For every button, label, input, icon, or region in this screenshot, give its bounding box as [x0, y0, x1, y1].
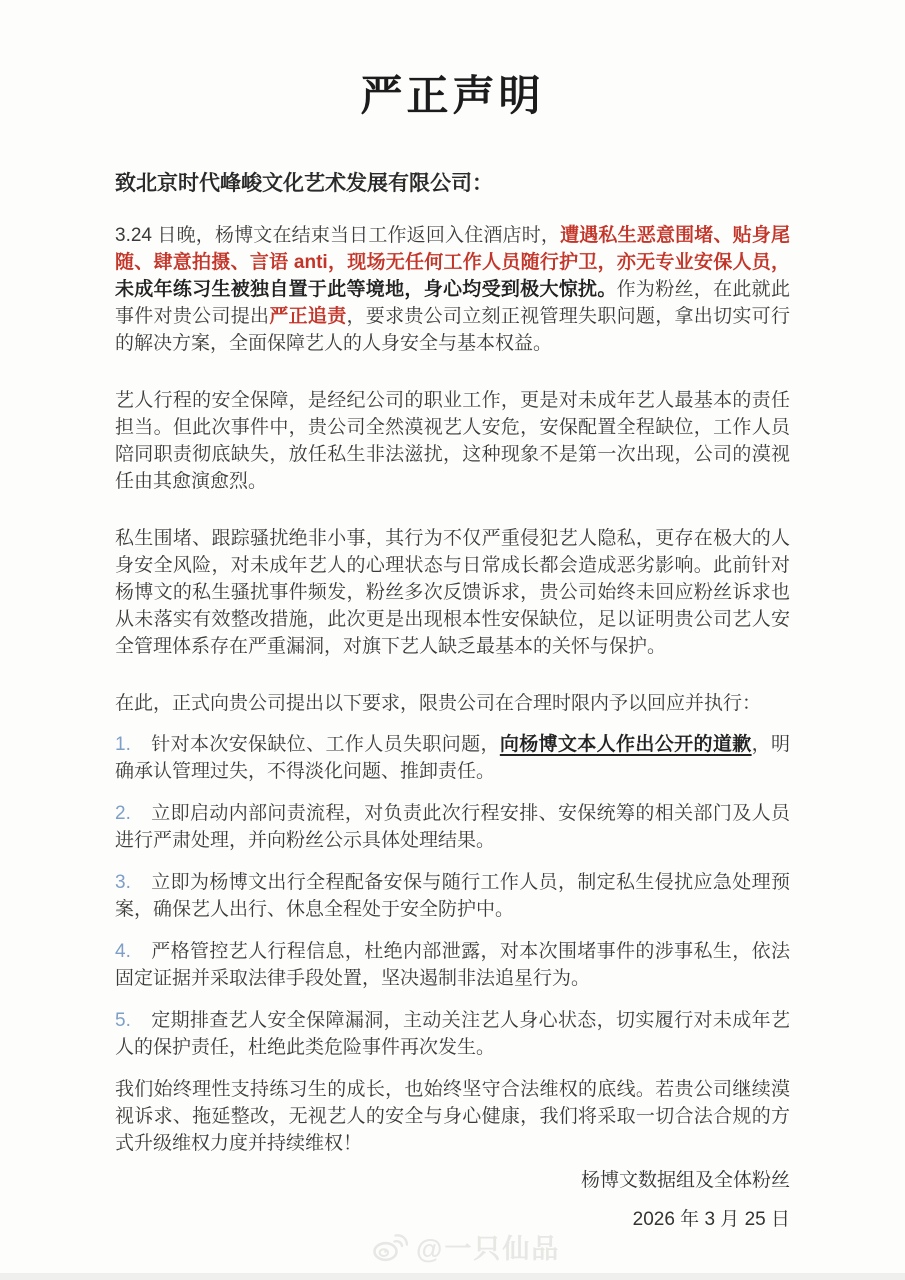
text-segment: 私生围堵、跟踪骚扰绝非小事，其行为不仅严重侵犯艺人隐私，更存在极大的人身安全风险…	[115, 528, 790, 657]
demand-item: 1.针对本次安保缺位、工作人员失职问题，向杨博文本人作出公开的道歉，明确承认管理…	[115, 731, 790, 785]
text-segment: 艺人行程的安全保障，是经纪公司的职业工作，更是对未成年艺人最基本的责任担当。但此…	[115, 390, 790, 492]
text-segment: 立即启动内部问责流程，对负责此次行程安排、安保统筹的相关部门及人员进行严肃处理，…	[115, 803, 790, 851]
text-segment: 严格管控艺人行程信息，杜绝内部泄露，对本次围堵事件的涉事私生，依法固定证据并采取…	[115, 941, 790, 989]
photo-edge-strip	[0, 1273, 905, 1280]
demand-item: 5.定期排查艺人安全保障漏洞，主动关注艺人身心状态，切实履行对未成年艺人的保护责…	[115, 1007, 790, 1061]
watermark: @一只仙品	[372, 1227, 560, 1266]
paragraph: 在此，正式向贵公司提出以下要求，限贵公司在合理时限内予以回应并执行：	[115, 690, 790, 717]
demand-item: 4.严格管控艺人行程信息，杜绝内部泄露，对本次围堵事件的涉事私生，依法固定证据并…	[115, 938, 790, 992]
text-segment: 针对本次安保缺位、工作人员失职问题，	[151, 734, 500, 755]
watermark-handle: @一只仙品	[416, 1227, 560, 1266]
signature: 杨博文数据组及全体粉丝	[115, 1167, 790, 1194]
text-segment: 3.24 日晚，杨博文在结束当日工作返回入住酒店时，	[115, 225, 560, 246]
document-title: 严正声明	[115, 72, 790, 120]
item-number: 1.	[115, 734, 131, 755]
weibo-icon	[372, 1232, 408, 1262]
text-segment: 未成年练习生被独自置于此等境地，身心均受到极大惊扰。	[115, 279, 617, 300]
body-paragraphs: 3.24 日晚，杨博文在结束当日工作返回入住酒店时，遭遇私生恶意围堵、贴身尾随、…	[115, 222, 790, 717]
paragraph: 私生围堵、跟踪骚扰绝非小事，其行为不仅严重侵犯艺人隐私，更存在极大的人身安全风险…	[115, 525, 790, 660]
item-number: 5.	[115, 1010, 131, 1031]
closing-paragraph: 我们始终理性支持练习生的成长，也始终坚守合法维权的底线。若贵公司继续漠视诉求、拖…	[115, 1076, 790, 1157]
text-segment: 向杨博文本人作出公开的道歉	[500, 734, 752, 755]
demand-item: 2.立即启动内部问责流程，对负责此次行程安排、安保统筹的相关部门及人员进行严肃处…	[115, 800, 790, 854]
item-number: 2.	[115, 803, 131, 824]
paragraph: 艺人行程的安全保障，是经纪公司的职业工作，更是对未成年艺人最基本的责任担当。但此…	[115, 387, 790, 495]
text-segment: 定期排查艺人安全保障漏洞，主动关注艺人身心状态，切实履行对未成年艺人的保护责任，…	[115, 1010, 790, 1058]
paragraph: 3.24 日晚，杨博文在结束当日工作返回入住酒店时，遭遇私生恶意围堵、贴身尾随、…	[115, 222, 790, 357]
text-segment: 严正追责	[269, 306, 346, 327]
demand-item: 3.立即为杨博文出行全程配备安保与随行工作人员，制定私生侵扰应急处理预案，确保艺…	[115, 869, 790, 923]
item-number: 3.	[115, 872, 131, 893]
demand-list: 1.针对本次安保缺位、工作人员失职问题，向杨博文本人作出公开的道歉，明确承认管理…	[115, 731, 790, 1061]
item-number: 4.	[115, 941, 131, 962]
salutation: 致北京时代峰峻文化艺术发展有限公司：	[115, 170, 790, 198]
text-segment: 我们始终理性支持练习生的成长，也始终坚守合法维权的底线。若贵公司继续漠视诉求、拖…	[115, 1079, 790, 1154]
statement-document: 严正声明 致北京时代峰峻文化艺术发展有限公司： 3.24 日晚，杨博文在结束当日…	[0, 0, 905, 1280]
text-segment: 立即为杨博文出行全程配备安保与随行工作人员，制定私生侵扰应急处理预案，确保艺人出…	[115, 872, 790, 920]
text-segment: 在此，正式向贵公司提出以下要求，限贵公司在合理时限内予以回应并执行：	[115, 693, 761, 714]
